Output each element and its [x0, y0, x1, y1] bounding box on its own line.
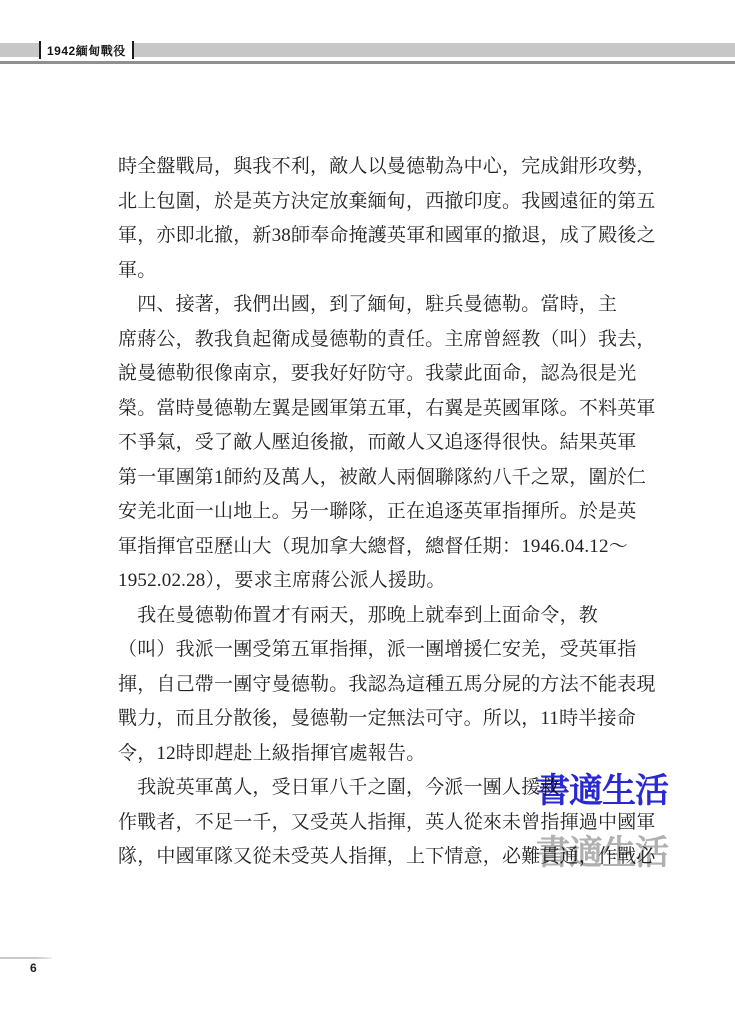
text-line: 軍，亦即北撤，新38師奉命掩護英軍和國軍的撤退，成了殿後之 — [118, 219, 678, 254]
text-line: 戰力，而且分散後，曼德勒一定無法可守。所以，11時半接命 — [118, 702, 678, 737]
page-number: 6 — [30, 961, 37, 975]
text-line: （叫）我派一團受第五軍指揮，派一團增援仁安羌，受英軍指 — [118, 633, 678, 668]
book-page: 1942緬甸戰役 時全盤戰局，與我不利，敵人以曼德勒為中心，完成鉗形攻勢，北上包… — [0, 0, 735, 1025]
header-rule — [0, 61, 735, 64]
text-line: 我在曼德勒佈置才有兩天，那晚上就奉到上面命令，教 — [118, 599, 678, 634]
text-line: 揮，自己帶一團守曼德勒。我認為這種五馬分屍的方法不能表現 — [118, 668, 678, 703]
text-line: 1952.02.28），要求主席蔣公派人援助。 — [118, 564, 678, 599]
text-line: 第一軍團第1師約及萬人，被敵人兩個聯隊約八千之眾，圍於仁 — [118, 461, 678, 496]
chapter-label-text: 1942緬甸戰役 — [47, 42, 126, 59]
chapter-label: 1942緬甸戰役 — [39, 41, 134, 59]
watermark-blue: 書適生活 — [536, 763, 668, 812]
text-line: 四、接著，我們出國，到了緬甸，駐兵曼德勒。當時，主 — [118, 288, 678, 323]
watermark-gray: 書適生活 — [536, 825, 668, 874]
text-line: 榮。當時曼德勒左翼是國軍第五軍，右翼是英國軍隊。不料英軍 — [118, 392, 678, 427]
text-line: 安羌北面一山地上。另一聯隊，正在追逐英軍指揮所。於是英 — [118, 495, 678, 530]
text-line: 席蔣公，教我負起衛成曼德勒的責任。主席曾經教（叫）我去， — [118, 323, 678, 358]
text-line: 軍指揮官亞歷山大（現加拿大總督，總督任期：1946.04.12～ — [118, 530, 678, 565]
text-line: 說曼德勒很像南京，要我好好防守。我蒙此面命，認為很是光 — [118, 357, 678, 392]
text-line: 時全盤戰局，與我不利，敵人以曼德勒為中心，完成鉗形攻勢， — [118, 150, 678, 185]
text-line: 軍。 — [118, 254, 678, 289]
text-line: 不爭氣，受了敵人壓迫後撤，而敵人又追逐得很快。結果英軍 — [118, 426, 678, 461]
footer-rule — [0, 957, 52, 959]
text-line: 北上包圍，於是英方決定放棄緬甸，西撤印度。我國遠征的第五 — [118, 185, 678, 220]
